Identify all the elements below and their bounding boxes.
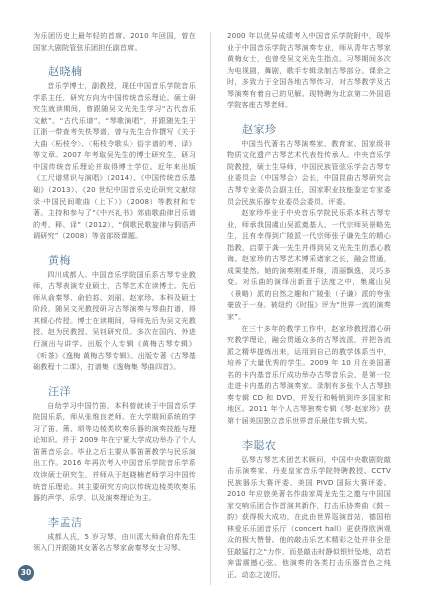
bio-paragraph: 音乐学博士，副教授，现任中国音乐学院音乐学系主任，研究方向为中国传统音乐理论。硕… bbox=[33, 80, 196, 242]
bio-name-heading: 黄梅 bbox=[33, 253, 196, 268]
bio-li-congnong: 李聪农 弘琴古琴艺术团艺术顾问，中国中央歌剧院敲击乐演奏家、丹麦皇家音乐学院特聘… bbox=[227, 438, 391, 581]
bio-paragraph: 赵家珍毕业于中央音乐学院民乐系本科古琴专业，师承我国虞山吴派奠基人、一代宗师吴景… bbox=[227, 207, 391, 322]
bio-name-heading: 汪洋 bbox=[33, 384, 196, 399]
bio-name-heading: 李聪农 bbox=[227, 438, 391, 453]
bio-name-heading: 赵家珍 bbox=[227, 122, 391, 137]
bio-name-heading: 李孟洁 bbox=[33, 515, 196, 530]
bio-zhao-jiazhen: 赵家珍 中国当代著名古琴演奏家、教育家、国家级非物质文化遗产古琴艺术代表性传承人… bbox=[227, 122, 391, 427]
bio-li-mengjie: 李孟洁 成都人氏，5 岁习琴，由川派大师俞伯荪先生领入门并跟随其女著名古琴家俞秦… bbox=[33, 515, 196, 554]
bio-paragraph: 成都人氏，5 岁习琴，由川派大师俞伯荪先生领入门并跟随其女著名古琴家俞秦琴女士习… bbox=[33, 531, 196, 554]
right-column: 2000 年以优异成绩考入中国音乐学院附中，现毕业于中国音乐学院古琴演奏专业，师… bbox=[227, 30, 391, 581]
bio-zhao-xiaonan: 赵晓楠 音乐学博士，副教授，现任中国音乐学院音乐学系主任，研究方向为中国传统音乐… bbox=[33, 64, 196, 242]
bio-paragraph: 自幼学习中国竹笛，本科曾就读于中国音乐学院国乐系，师从张维良老师。在大学期间系统… bbox=[33, 400, 196, 504]
bio-paragraph: 中国当代著名古琴演奏家、教育家、国家级非物质文化遗产古琴艺术代表性传承人。中央音… bbox=[227, 138, 391, 207]
right-intro-text: 2000 年以优异成绩考入中国音乐学院附中，现毕业于中国音乐学院古琴演奏专业，师… bbox=[227, 30, 391, 111]
bio-huang-mei: 黄梅 四川成都人。中国音乐学院国乐系古琴专业教师，古琴表演专业硕士，古琴艺术在读… bbox=[33, 253, 196, 373]
bio-paragraph: 在三十多年的教学工作中，赵家珍教授潜心研究教学理论，融会贯通众多的古琴流派，并把… bbox=[227, 323, 391, 427]
page-number-badge: 30 bbox=[18, 565, 34, 581]
left-column: 为乐团历史上最年轻的首席。2010 年回国，曾在国家大剧院管弦乐团担任副首席。 … bbox=[33, 30, 196, 554]
bio-wang-yang: 汪洋 自幼学习中国竹笛，本科曾就读于中国音乐学院国乐系，师从张维良老师。在大学期… bbox=[33, 384, 196, 504]
left-intro-text: 为乐团历史上最年轻的首席。2010 年回国，曾在国家大剧院管弦乐团担任副首席。 bbox=[33, 30, 196, 53]
column-divider bbox=[210, 32, 211, 585]
bio-paragraph: 四川成都人。中国音乐学院国乐系古琴专业教师，古琴表演专业硕士，古琴艺术在读博士。… bbox=[33, 269, 196, 373]
bio-paragraph: 弘琴古琴艺术团艺术顾问，中国中央歌剧院敲击乐演奏家、丹麦皇家音乐学院特聘教授、C… bbox=[227, 454, 391, 581]
bio-name-heading: 赵晓楠 bbox=[33, 64, 196, 79]
